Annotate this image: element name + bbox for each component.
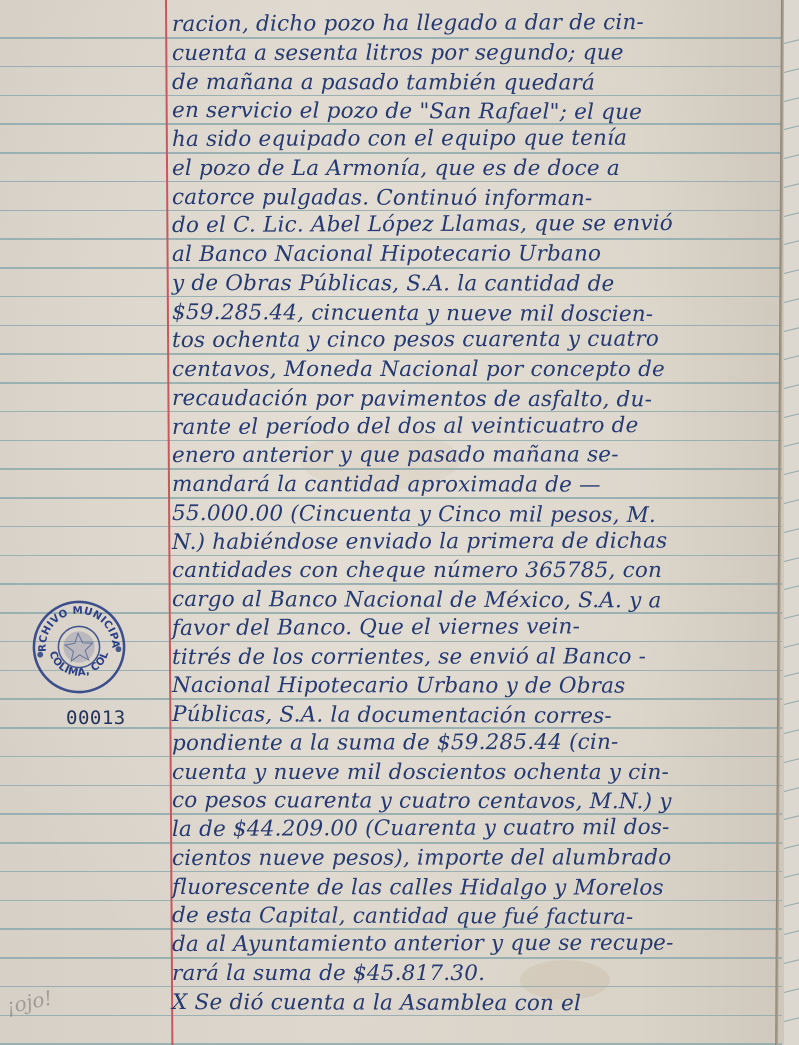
ruled-line [0,152,782,154]
handwritten-line: pondiente a la suma de $59.285.44 (cin- [172,731,619,756]
handwritten-line: cargo al Banco Nacional de México, S.A. … [172,588,662,613]
handwritten-line: en servicio el pozo de "San Rafael"; el … [172,99,642,125]
adjacent-page-rule [784,297,799,303]
handwritten-line: cuenta a sesenta litros por segundo; que [172,41,624,66]
handwritten-line: titrés de los corrientes, se envió al Ba… [172,645,646,670]
ruled-line [0,698,782,700]
handwritten-line: de esta Capital, cantidad que fué factur… [172,904,633,930]
adjacent-page-rule [784,383,799,389]
handwritten-line: rante el período del dos al veinticuatro… [172,414,639,440]
handwritten-line: co pesos cuarenta y cuatro centavos, M.N… [172,789,672,814]
ruled-line [0,181,782,183]
adjacent-page-rule [784,38,799,44]
adjacent-page-rule [784,987,799,993]
adjacent-page-strip [784,0,799,1045]
adjacent-page-rule [784,153,799,159]
handwritten-line: la de $44.209.00 (Cuarenta y cuatro mil … [172,816,670,842]
adjacent-page-rule [784,584,799,590]
ruled-line [0,468,782,470]
handwritten-line: favor del Banco. Que el viernes vein- [172,615,580,641]
handwritten-line: $59.285.44, cincuenta y nueve mil doscie… [172,301,653,327]
adjacent-page-rule [784,326,799,332]
handwritten-line: ha sido equipado con el equipo que tenía [172,127,627,152]
adjacent-page-rule [784,757,799,763]
ruled-line [0,756,782,758]
handwritten-line: de mañana a pasado también quedará [172,71,595,96]
handwritten-line: fluorescente de las calles Hidalgo y Mor… [172,876,664,901]
ruled-line [0,382,782,384]
handwritten-line: enero anterior y que pasado mañana se- [172,444,619,469]
adjacent-page-rule [784,843,799,849]
handwritten-line: rará la suma de $45.817.30. [172,962,485,986]
handwritten-line: 55.000.00 (Cincuenta y Cinco mil pesos, … [172,502,656,528]
adjacent-page-rule [784,699,799,705]
handwritten-line: tos ochenta y cinco pesos cuarenta y cua… [172,328,659,353]
adjacent-page-rule [784,929,799,935]
handwritten-line: cuenta y nueve mil doscientos ochenta y … [172,761,669,785]
handwritten-line: N.) habiéndose enviado la primera de dic… [172,529,667,554]
ruled-line [0,583,782,585]
ruled-line [0,842,782,844]
ruled-line [0,66,782,68]
handwritten-line: da al Ayuntamiento anterior y que se rec… [172,932,674,957]
adjacent-page-rule [784,786,799,792]
ruled-line [0,37,782,39]
adjacent-page-rule [784,556,799,562]
adjacent-page-rule [784,441,799,447]
handwritten-line: al Banco Nacional Hipotecario Urbano [172,242,601,267]
adjacent-page-rule [784,1016,799,1022]
handwritten-line: Públicas, S.A. la documentación corres- [172,703,612,729]
handwritten-line: X Se dió cuenta a la Asamblea con el [172,991,581,1016]
adjacent-page-rule [784,901,799,907]
handwritten-line: recaudación por pavimentos de asfalto, d… [172,387,652,412]
adjacent-page-rule [784,412,799,418]
archive-stamp-icon: ARCHIVO MUNICIPAL COLIMA, COL. [27,595,132,700]
ruled-line [0,555,782,557]
adjacent-page-rule [784,728,799,734]
ruled-line [0,440,782,442]
adjacent-page-rule [784,814,799,820]
handwritten-line: cantidades con cheque número 365785, con [172,559,662,583]
adjacent-page-rule [784,211,799,217]
ruled-line [0,353,782,355]
ruled-line [0,785,782,787]
ruled-line [0,267,782,269]
handwritten-line: catorce pulgadas. Continuó informan- [172,186,592,211]
handwritten-line: centavos, Moneda Nacional por concepto d… [172,358,665,382]
handwritten-line: cientos nueve pesos), importe del alumbr… [172,846,671,871]
adjacent-page-rule [784,613,799,619]
adjacent-page-rule [784,124,799,130]
ruled-line [0,957,782,959]
adjacent-page-rule [784,671,799,677]
handwritten-line: el pozo de La Armonía, que es de doce a [172,157,620,181]
handwritten-line: mandará la cantidad aproximada de — [172,473,601,498]
handwritten-line: do el C. Lic. Abel López Llamas, que se … [172,212,673,238]
adjacent-page-rule [784,96,799,102]
rosette-icon [37,651,43,657]
adjacent-page-rule [784,182,799,188]
document-page: racion, dicho pozo ha llegado a dar de c… [0,0,799,1045]
adjacent-page-rule [784,642,799,648]
handwritten-line: Nacional Hipotecario Urbano y de Obras [172,674,625,699]
ruled-line [0,238,782,240]
adjacent-page-rule [784,498,799,504]
adjacent-page-rule [784,469,799,475]
adjacent-page-rule [784,527,799,533]
adjacent-page-rule [784,268,799,274]
ruled-line [0,986,782,988]
adjacent-page-rule [784,872,799,878]
adjacent-page-rule [784,67,799,73]
handwritten-line: racion, dicho pozo ha llegado a dar de c… [172,11,644,37]
adjacent-page-rule [784,354,799,360]
adjacent-page-rule [784,239,799,245]
handwritten-line: y de Obras Públicas, S.A. la cantidad de [172,272,614,297]
archive-doc-number: 00013 [66,707,126,729]
ruled-line [0,871,782,873]
adjacent-page-rule [784,958,799,964]
